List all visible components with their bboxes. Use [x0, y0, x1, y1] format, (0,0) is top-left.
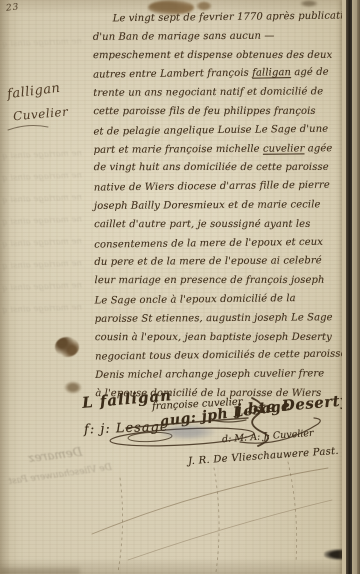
bleedthrough-line: ne mariage ainsi que nous aud	[2, 171, 82, 184]
record-line: cette paroisse fils de feu philippes fra…	[93, 103, 349, 122]
record-line: trente un ans negociant natif et domicil…	[93, 83, 349, 104]
signature: d: M: A: J: Cuvelier	[222, 428, 314, 445]
record-line: negociant tous deux domiciliés de cette …	[95, 346, 351, 368]
margin-note-bride: Cuvelier	[12, 105, 68, 124]
record-line: autres entre Lambert françois falligan a…	[93, 64, 349, 86]
record-line: native de Wiers diocese d'arras fille de…	[94, 177, 350, 199]
manuscript-page: ne mariage ainsi que nous audne mariage …	[0, 0, 360, 574]
record-line: Denis michel archange joseph cuvelier fr…	[95, 365, 351, 386]
ink-blot-left-small	[64, 381, 82, 394]
shadow-bottom-left	[0, 566, 80, 574]
record-line: part et marie françoise michelle cuvelie…	[94, 140, 350, 161]
record-line: de vingt huit ans domiciliée de cette pa…	[94, 159, 350, 178]
record-line: Le Sage oncle à l'epoux domicilié de la	[95, 289, 351, 311]
record-line: empeschement et dispense obtenues des de…	[93, 46, 349, 65]
record-line: caillet d'autre part, je soussigné ayant…	[94, 216, 350, 235]
record-line: du pere et de la mere de l'epouse ai cel…	[94, 252, 350, 273]
record-line: consentemens de la mere de l'epoux et ce…	[94, 233, 350, 255]
record-body: Le vingt sept de fevrier 1770 après publ…	[93, 8, 352, 405]
faded-stamp-trace	[158, 424, 216, 440]
margin-note-groom: falligan	[6, 81, 61, 102]
record-line: joseph Bailly Doresmieux et de marie cec…	[94, 196, 350, 217]
record-line: cousin à l'epoux, jean baptiste joseph D…	[95, 328, 351, 347]
bleedthrough-line: ne mariage ainsi que nous aud	[2, 237, 82, 250]
ink-mark-top-right	[300, 0, 318, 7]
bleedthrough-line: ne mariage ainsi que nous aud	[2, 37, 82, 50]
bleedthrough-line: ne mariage ainsi que nous aud	[2, 303, 82, 316]
bleedthrough-line: ne mariage ainsi que nous aud	[2, 149, 82, 162]
folio-number: 23	[6, 2, 20, 13]
bleedthrough-line: ne mariage ainsi que nous aud	[2, 281, 82, 294]
bleedthrough-signature: De Vlieschauwere Past	[8, 463, 113, 487]
bleedthrough-line: ne mariage ainsi que nous aud	[2, 215, 82, 228]
record-line: paroisse St etiennes, augustin joseph Le…	[95, 309, 351, 330]
ink-blot-left	[55, 337, 79, 357]
signature: f: j: Lesage	[84, 420, 169, 438]
bleedthrough-signature: Demarez	[27, 445, 83, 466]
bleedthrough-line: ne mariage ainsi que nous aud	[2, 259, 82, 272]
record-line: leur mariage en presence de françois jos…	[95, 272, 351, 291]
record-line: et de pelagie angelique Louise Le Sage d…	[93, 120, 349, 142]
bleedthrough-line: ne mariage ainsi que nous aud	[2, 193, 82, 206]
record-line: Le vingt sept de fevrier 1770 après publ…	[93, 7, 349, 29]
record-line: d'un Ban de mariage sans aucun —	[93, 27, 349, 48]
signature: J. R. De Vlieschauwere Past.	[188, 446, 339, 468]
